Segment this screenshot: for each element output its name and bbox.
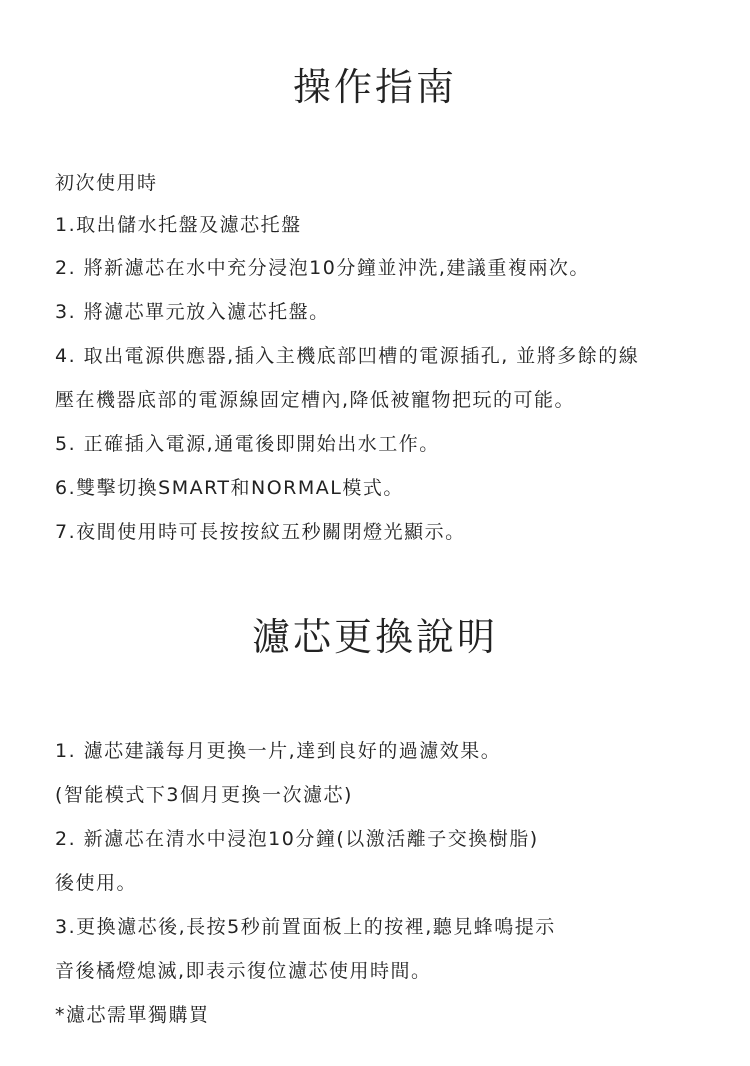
operation-guide-title: 操作指南 [0, 68, 750, 106]
filter-step-1-note: (智能模式下3個月更換一次濾芯) [55, 786, 353, 805]
step-5: 5. 正確插入電源,通電後即開始出水工作。 [55, 435, 440, 454]
filter-step-2-continued: 後使用。 [55, 874, 137, 893]
step-6: 6.雙擊切換SMART和NORMAL模式。 [55, 479, 404, 498]
filter-step-3: 3.更換濾芯後,長按5秒前置面板上的按裡,聽見蜂鳴提示 [55, 918, 556, 937]
step-3: 3. 將濾芯單元放入濾芯托盤。 [55, 303, 330, 322]
step-4: 4. 取出電源供應器,插入主機底部凹槽的電源插孔, 並將多餘的線 [55, 347, 639, 366]
step-4-continued: 壓在機器底部的電源線固定槽內,降低被寵物把玩的可能。 [55, 391, 575, 410]
step-1: 1.取出儲水托盤及濾芯托盤 [55, 216, 302, 235]
step-2: 2. 將新濾芯在水中充分浸泡10分鐘並沖洗,建議重複兩次。 [55, 259, 590, 278]
filter-step-3-continued: 音後橘燈熄滅,即表示復位濾芯使用時間。 [55, 962, 432, 981]
filter-replacement-title: 濾芯更換說明 [0, 618, 750, 656]
filter-purchase-note: *濾芯需單獨購買 [55, 1006, 210, 1025]
first-use-heading: 初次使用時 [55, 174, 158, 193]
step-7: 7.夜間使用時可長按按紋五秒關閉燈光顯示。 [55, 523, 466, 542]
filter-step-1: 1. 濾芯建議每月更換一片,達到良好的過濾效果。 [55, 742, 501, 761]
filter-step-2: 2. 新濾芯在清水中浸泡10分鐘(以激活離子交換樹脂) [55, 830, 539, 849]
